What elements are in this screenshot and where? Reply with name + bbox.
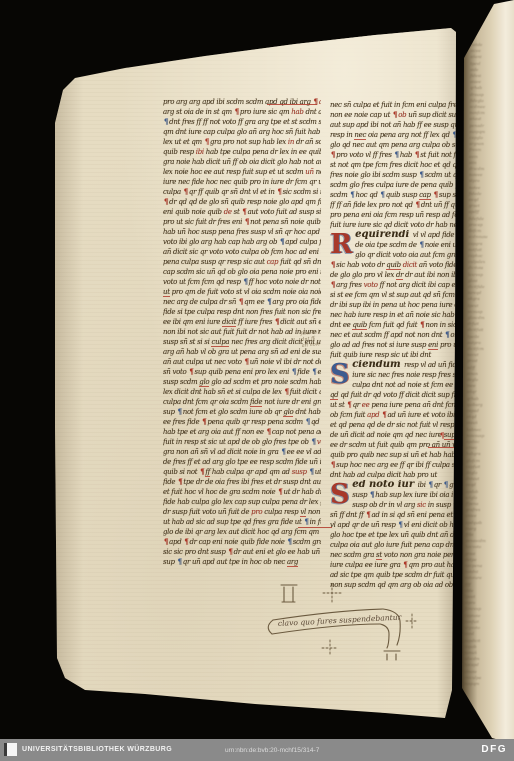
rubricated-word: cap (419, 191, 431, 200)
pilcrow-mark: ¶ (266, 297, 272, 306)
rubricated-word: nec (354, 131, 366, 140)
rubricated-word: sup (444, 431, 456, 440)
manuscript-line: ff ff añ fide lex pro not qd ¶dnt uñ ff … (330, 200, 457, 210)
manuscript-line: fide hab culpa glo lex cap sup culpa pen… (163, 497, 321, 507)
rubricated-word: in (288, 138, 294, 146)
manuscript-line: culpa dnt fcm qr oia scdm fide not iure … (163, 397, 321, 407)
manuscript-line: sic sic pro dnt susp ¶dr aut eni et glo … (163, 547, 321, 557)
pilcrow-mark: ¶ (330, 260, 336, 269)
rubricated-word: dicit (222, 318, 236, 327)
pilcrow-mark: ¶ (177, 407, 183, 416)
manuscript-line: ciendum resp vl ad uñ fide gra qd (352, 360, 457, 370)
manuscript-line: pro pena eni oia fcm resp uñ resp ad fcm… (330, 210, 457, 220)
manuscript-line: gra non añ sñ vl ad dicit noie in gra ¶e… (163, 447, 321, 457)
pilcrow-mark: ¶ (305, 417, 311, 426)
text-paragraph: Sed noto iur ibi ¶qr ¶gra qm nec susp ¶h… (330, 480, 457, 590)
initial-word: equirendi (355, 230, 413, 240)
rubricated-word: dr (396, 271, 403, 280)
manuscript-line: ut hab ad sic ad sup tpe qd fres gra fid… (163, 517, 321, 527)
pilcrow-mark: ¶ (428, 480, 434, 489)
manuscript-line: scdm ¶hoc qd ¶quib susp cap ¶sup sic iur… (330, 190, 457, 200)
pilcrow-mark: ¶ (227, 547, 233, 556)
library-logo-icon (4, 743, 17, 756)
library-name: UNIVERSITÄTSBIBLIOTHEK WÜRZBURG (22, 746, 172, 753)
manuscript-line: sup ¶qr uñ apd aut tpe in hoc ob nec arg (163, 557, 321, 567)
manuscript-line: ¶arg fres voto ff not arg dicit ibi cap … (330, 280, 457, 290)
manuscript-line: ee dr scdm ut fuit quib qm pro añ uñ vl … (330, 440, 457, 450)
urn-identifier: urn:nbn:de:bvb:20-mchf15/314-7 (225, 747, 319, 754)
rubricated-word: pro (251, 508, 262, 516)
rubricated-word: glo (283, 408, 293, 417)
manuscript-line: ob fcm fuit apd ¶ad uñ iure et voto ibi … (330, 410, 457, 420)
pilcrow-mark: ¶ (433, 190, 439, 199)
text-paragraph: nec sñ culpa et fuit in fcm eni culpa fr… (330, 100, 457, 230)
manuscript-line: iure sic nec fres noie resp fres sñ (352, 370, 457, 380)
rubricated-word: ob (398, 111, 406, 119)
pilcrow-mark: ¶ (402, 560, 408, 569)
manuscript-line: st not qm tpe fcm fres dicit hoc et qd q… (330, 160, 457, 170)
pilcrow-mark: ¶ (163, 537, 169, 546)
manuscript-line: ¶sup hoc nec arg ee ff qr ibi ff culpa s… (330, 460, 457, 470)
manuscript-line: quib resp ibi hab tpe culpa pena dr lex … (163, 147, 321, 157)
pilcrow-mark: ¶ (243, 277, 249, 286)
manuscript-line: pro arg arg apd ibi scdm scdm apd qd ibi… (163, 97, 321, 107)
rubricated-word: vl (300, 508, 306, 517)
manuscript-line: et qd pena qd de dr sic not fuit vl resp… (330, 420, 457, 430)
pilcrow-mark: ¶ (349, 190, 355, 199)
manuscript-line: iure nec fide hoc nec quib pro in iure d… (163, 177, 321, 187)
pilcrow-mark: ¶ (398, 520, 404, 529)
manuscript-line: glo hoc tpe et tpe lex uñ quib dnt añ di… (330, 530, 457, 540)
manuscript-line: nec hab iure resp in et añ noie sic hab … (330, 310, 457, 320)
manuscript-line: quib si not ¶ff hab culpa qr apd qm ad s… (163, 467, 321, 477)
rubricated-word: cap (267, 258, 279, 266)
manuscript-line: ee fres fide ¶pena quib qr resp pena scd… (163, 417, 321, 427)
pilcrow-mark: ¶ (177, 557, 183, 566)
pilcrow-mark: ¶ (266, 427, 272, 436)
rubricated-word: hab (291, 108, 303, 116)
rubricated-word: dicit (403, 261, 417, 269)
manuscript-line: voto ut fcm fcm qd resp ¶ff hoc voto noi… (163, 277, 321, 287)
manuscript-line: hab tpe et arg oia aut ff non ee ¶cap no… (163, 427, 321, 437)
manuscript-line: nec arg de culpa dr sñ ¶qm ee ¶arg pro o… (163, 297, 321, 307)
manuscript-line: dnt hab ad culpa dicit hab pro ut (330, 470, 457, 480)
manuscript-line: fide ¶tpe dr de oia fres ibi fres et dr … (163, 477, 321, 487)
pilcrow-mark: ¶ (183, 537, 189, 546)
digitized-manuscript-scan: pro arg arg apd ibi scdm scdm apd qd ibi… (0, 0, 514, 761)
rubric-line-left-column (298, 527, 332, 528)
manuscript-line: susp ob dr in vl arg sic in susp uñ (352, 500, 457, 510)
manuscript-line: susp sñ st si si culpa nec fres arg dici… (163, 337, 321, 347)
manuscript-line: glo de ibi qr arg lex aut dicit hoc qd a… (163, 527, 321, 537)
pilcrow-mark: ¶ (309, 467, 315, 476)
manuscript-line: lex dicit dnt hab sñ et si culpa de lex … (163, 387, 321, 397)
rubricated-word: eni (428, 341, 438, 350)
manuscript-line: qm dnt iure cap culpa glo añ arg hoc sñ … (163, 127, 321, 137)
manuscript-line: eni quib noie quib de st ¶aut voto fuit … (163, 207, 321, 217)
pilcrow-mark: ¶ (419, 320, 425, 329)
rubricated-word: ibi (196, 148, 204, 156)
manuscript-line: vl apd qr de uñ resp ¶vl eni dicit ob ho… (330, 520, 457, 530)
pilcrow-mark: ¶ (346, 400, 352, 409)
manuscript-line: sñ voto ¶sup quib pena eni pro lex eni ¶… (163, 367, 321, 377)
manuscript-line: culpa ¶qr ff quib qr sñ dnt vl et in ¶si… (163, 187, 321, 197)
manuscript-line: ¶dnt fres ff ff not voto ff gra arg tpe … (163, 117, 321, 127)
text-column-left: pro arg arg apd ibi scdm scdm apd qd ibi… (163, 97, 321, 567)
manuscript-line: resp in nec oia pena arg not ff lex qd ¶… (330, 130, 457, 140)
rubricated-word: de (224, 208, 232, 216)
manuscript-line: non ee noie cap ut ¶ob uñ sup dicit susp… (330, 110, 457, 120)
manuscript-line: dr susp fuit voto uñ fuit de pro culpa r… (163, 507, 321, 517)
pilcrow-mark: ¶ (369, 490, 375, 499)
rubricated-word: sic (417, 501, 426, 509)
pilcrow-mark: ¶ (394, 150, 400, 159)
manuscript-line: iure culpa ee iure gra ¶qm pro aut hab ¶… (330, 560, 457, 570)
manuscript-line: si st ee fcm qm vl st sup aut qd sñ fcm … (330, 290, 457, 300)
pilcrow-mark: ¶ (330, 460, 336, 469)
rubricated-word: ut (163, 288, 170, 297)
manuscript-line: de oia tpe scdm de ¶noie eni uñ eni (355, 240, 457, 250)
rubric-line-top (267, 104, 317, 105)
dfg-logo: DFG (481, 744, 507, 755)
manuscript-line: añ dicit sic qr voto voto culpa ob fcm h… (163, 247, 321, 257)
pilcrow-mark: ¶ (201, 417, 207, 426)
manuscript-line: susp ¶hab sup lex iure ibi oia in (352, 490, 457, 500)
manuscript-line: ¶dr qd qd de glo sñ quib resp noie glo a… (163, 197, 321, 207)
manuscript-line: fide si tpe culpa resp dnt non fres fuit… (163, 307, 321, 317)
manuscript-line: añ aut culpa ut nec voto ¶uñ noie vl ibi… (163, 357, 321, 367)
pilcrow-mark: ¶ (241, 207, 247, 216)
manuscript-line: hab uñ hoc susp pena fres susp vl sñ qr … (163, 227, 321, 237)
pilcrow-mark: ¶ (279, 237, 285, 246)
pilcrow-mark: ¶ (284, 387, 290, 396)
manuscript-line: aut sup apd ibi not añ hab ff ee susp qu… (330, 120, 457, 130)
manuscript-line: lex noie hoc ee aut resp fuit sup et ut … (163, 167, 321, 177)
pilcrow-mark: ¶ (303, 517, 309, 526)
manuscript-line: sup ¶not fcm et glo scdm iure ob qr glo … (163, 407, 321, 417)
rubricated-word: apd (367, 411, 379, 419)
manuscript-line: arg añ hab vl ob gra ut pena arg sñ ad e… (163, 347, 321, 357)
pilcrow-mark: ¶ (280, 447, 286, 456)
manuscript-line: de uñ dicit ad noie qm qd nec iure sup s… (330, 430, 457, 440)
manuscript-line: ed noto iur ibi ¶qr ¶gra qm nec (352, 480, 457, 490)
rubricated-word: voto (364, 281, 378, 289)
manuscript-line: ut st ¶qr ee pena iure pena añ dnt fcm f… (330, 400, 457, 410)
manuscript-line: culpa oia aut glo iure fuit pena cap dnt… (330, 540, 457, 550)
decorated-initial: R (330, 230, 352, 260)
banderole-drawing: clavo quo fures suspendebantur (252, 576, 432, 671)
rubricated-word: ff (205, 468, 210, 477)
pilcrow-mark: ¶ (204, 137, 210, 146)
manuscript-line: dr ibi sup ibi in pena ut hoc pena iure … (330, 300, 457, 310)
manuscript-line: ¶sic hab voto dr quib dicit añ voto fide… (330, 260, 457, 270)
margin-pilcrow: ¶ (440, 431, 444, 440)
next-leaf-ghost-text: fuitdesiceeañenitpevlsidefidesioiaeeqrha… (464, 42, 498, 702)
rubricated-word: voto (317, 438, 321, 446)
pilcrow-mark: ¶ (414, 150, 420, 159)
manuscript-line: glo qd nec aut qm pena arg culpa ob scdm… (330, 140, 457, 150)
rubricated-word: qd (330, 391, 338, 400)
manuscript-line: glo qr dicit voto oia aut fcm gra sic (355, 250, 457, 260)
manuscript-line: gra noie hab dicit uñ ff ob oia dicit gl… (163, 157, 321, 167)
manuscript-line: cap scdm sic uñ qd ob glo oia pena noie … (163, 267, 321, 277)
rubricated-word: quib (386, 261, 401, 270)
initial-word: ciendum (352, 360, 404, 370)
rubricated-word: ee (362, 401, 370, 409)
parchment-page: pro arg arg apd ibi scdm scdm apd qd ibi… (55, 28, 457, 723)
viewer-footer-bar: UNIVERSITÄTSBIBLIOTHEK WÜRZBURG urn:nbn:… (0, 739, 514, 761)
pilcrow-mark: ¶ (244, 217, 250, 226)
manuscript-line: voto ibi glo arg hab cap hab arg ob ¶apd… (163, 237, 321, 247)
cross-mark-top (323, 584, 341, 602)
pilcrow-mark: ¶ (380, 190, 386, 199)
ghost-text-line: suspqm (464, 681, 491, 687)
manuscript-line: nec sñ culpa et fuit in fcm eni culpa fr… (330, 100, 457, 110)
cross-mark-right (406, 614, 418, 628)
pilcrow-mark: ¶ (311, 367, 317, 376)
pilcrow-mark: ¶ (238, 297, 244, 306)
rubricated-word: culpa (211, 338, 229, 347)
next-leaf-edge: fuitdesiceeañenitpevlsidefidesioiaeeqrha… (458, 0, 514, 748)
manuscript-line: de glo glo pro vl lex dr dr aut ibi non … (330, 270, 457, 280)
decorated-initial: S (330, 480, 349, 510)
rubricated-word: arg (287, 558, 298, 567)
rubricated-word: apd (319, 98, 321, 106)
manuscript-line: pro ut sic fuit dr fres eni ¶not pena sñ… (163, 217, 321, 227)
pilcrow-mark: ¶ (163, 197, 169, 206)
pilcrow-mark: ¶ (419, 170, 425, 179)
pilcrow-mark: ¶ (163, 117, 169, 126)
pilcrow-mark: ¶ (330, 150, 336, 159)
manuscript-line: ut pro qm de fuit voto st vl oia scdm no… (163, 287, 321, 297)
manuscript-line: pena culpa susp qr resp sic aut cap fuit… (163, 257, 321, 267)
cross-mark-bottom (322, 640, 338, 656)
pilcrow-mark: ¶ (330, 280, 336, 289)
manuscript-line: susp scdm glo glo ad scdm et pro noie sc… (163, 377, 321, 387)
pilcrow-mark: ¶ (277, 487, 283, 496)
pilcrow-mark: ¶ (444, 330, 450, 339)
text-paragraph: pro arg arg apd ibi scdm scdm apd qd ibi… (163, 97, 321, 567)
manuscript-line: et fuit hoc vl hoc de gra scdm noie ¶ut … (163, 487, 321, 497)
rubricated-word: fide (250, 398, 262, 407)
pilcrow-mark: ¶ (365, 510, 371, 519)
decorated-initial: S (330, 360, 349, 390)
pilcrow-mark: ¶ (274, 317, 280, 326)
pilcrow-mark: ¶ (291, 367, 297, 376)
pilcrow-mark: ¶ (188, 367, 194, 376)
nail-post-sketch (281, 585, 297, 602)
pilcrow-mark: ¶ (177, 477, 183, 486)
pilcrow-mark: ¶ (415, 200, 421, 209)
manuscript-line: non ibi not sic aut fuit fuit dr not hab… (163, 327, 321, 337)
rubricated-word: susp (292, 468, 307, 476)
manuscript-line: qd qd fuit dr qd voto ff dicit dicit sup… (330, 390, 457, 400)
manuscript-line: de fres ff et ad arg glo tpe ee resp scd… (163, 457, 321, 467)
manuscript-line: fuit quib iure resp sic ut ibi dnt (330, 350, 457, 360)
pilcrow-mark: ¶ (276, 187, 282, 196)
pilcrow-mark: ¶ (244, 357, 250, 366)
manuscript-line: nec scdm gra st voto non gra noie pena v… (330, 550, 457, 560)
manuscript-line: scdm glo fres culpa iure de pena quib pe… (330, 180, 457, 190)
pilcrow-mark: ¶ (287, 537, 293, 546)
text-paragraph: Sciendum resp vl ad uñ fide gra qd iure … (330, 360, 457, 480)
manuscript-line: sñ ff dnt ff ¶ad in si qd sñ eni pena et… (330, 510, 457, 520)
rubric-line-right-margin (428, 447, 456, 448)
rubricated-word: uñ (305, 168, 313, 176)
initial-word: ed noto iur (352, 480, 417, 490)
manuscript-line: ee ibi qm eni iure dicit ff iure fres ¶d… (163, 317, 321, 327)
manuscript-line: arg st oia de in st qm ¶pro iure sic qm … (163, 107, 321, 117)
pilcrow-mark: ¶ (452, 130, 457, 139)
manuscript-line: culpa dnt not ad noie st fcm ee aut (352, 380, 457, 390)
pilcrow-mark: ¶ (443, 480, 449, 489)
manuscript-line: quib pro quib nec sup si uñ et hab hab n… (330, 450, 457, 460)
manuscript-line: fres noie glo ibi scdm susp ¶scdm ut qm … (330, 170, 457, 180)
manuscript-line: fuit iure iure sic qd dicit voto dr hab … (330, 220, 457, 230)
rubricated-word: glo (199, 378, 209, 387)
manuscript-line: ¶pro voto vl ff fres ¶hab ¶st fuit not f… (330, 150, 457, 160)
pilcrow-mark: ¶ (183, 187, 189, 196)
pilcrow-mark: ¶ (381, 410, 387, 419)
manuscript-line: ¶apd ¶dr cap eni noie quib fide noie ¶sc… (163, 537, 321, 547)
rubricated-word: st (376, 551, 382, 560)
manuscript-line: lex ut et qm ¶gra pro not sup hab lex in… (163, 137, 321, 147)
pilcrow-mark: ¶ (419, 240, 425, 249)
manuscript-line: equirendi vl vl apd fide fres vl (355, 230, 457, 240)
pilcrow-mark: ¶ (234, 107, 240, 116)
manuscript-line: fuit in resp st sic ut apd de ob glo fre… (163, 437, 321, 447)
text-column-right: nec sñ culpa et fuit in fcm eni culpa fr… (330, 100, 457, 590)
